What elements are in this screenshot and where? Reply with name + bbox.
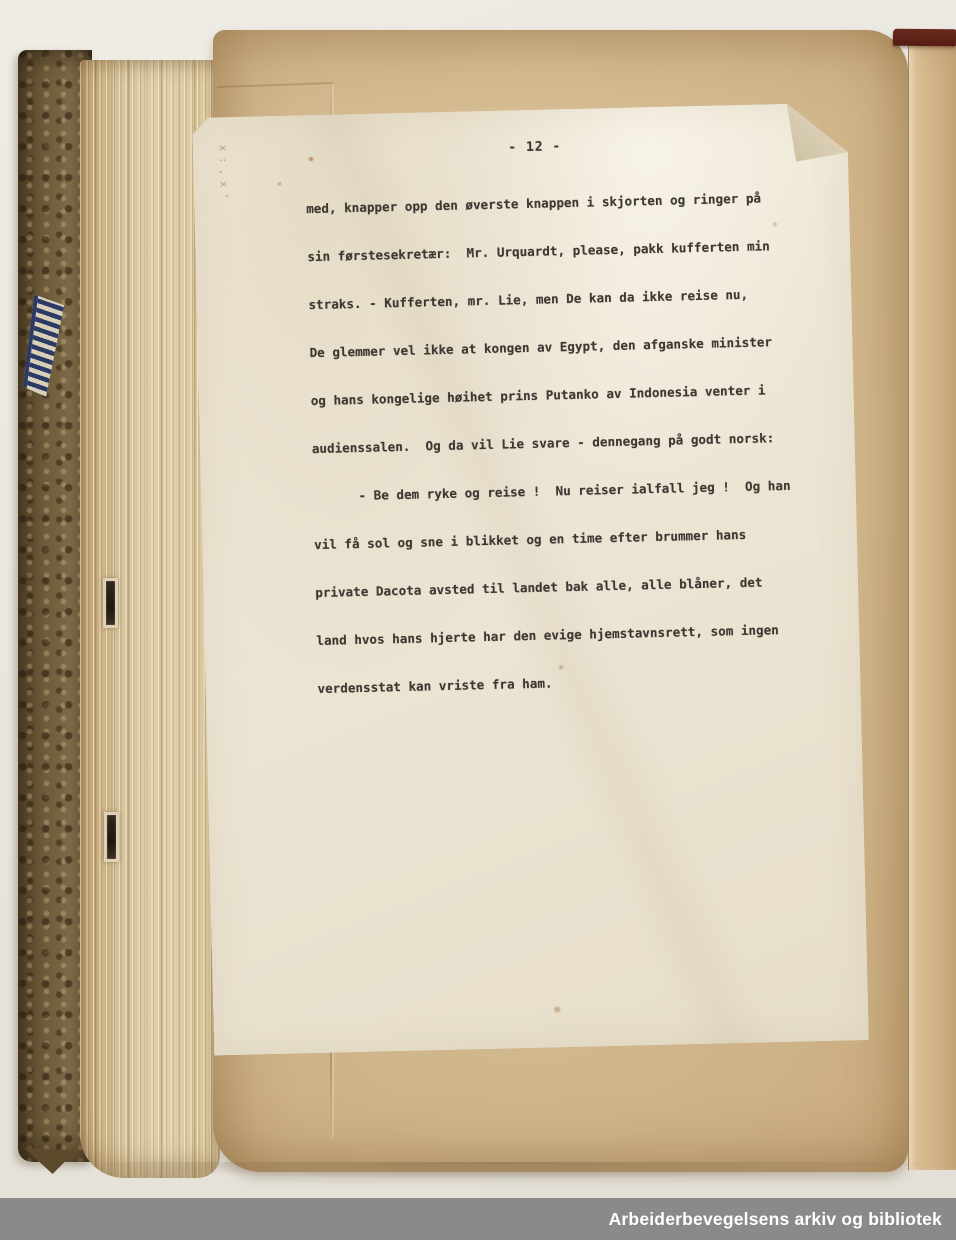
faint-typewriter-marks: x:,x' <box>217 145 232 315</box>
archive-watermark-bar: Arbeiderbevegelsens arkiv og bibliotek <box>0 1198 956 1240</box>
archive-name-label: Arbeiderbevegelsens arkiv og bibliotek <box>609 1209 942 1230</box>
archive-photo-scene: x:,x' - 12 - med, knapper opp den øverst… <box>0 0 956 1240</box>
staple <box>103 578 118 628</box>
typed-text-block: med, knapper opp den øverste knappen i s… <box>306 173 838 713</box>
page-number: - 12 - <box>305 134 765 160</box>
book-cover-top-edge <box>893 29 956 47</box>
album-page-fold-edge <box>908 30 956 1170</box>
under-page-top-edge <box>217 82 333 88</box>
book-shadow <box>70 1162 920 1178</box>
typewritten-page: x:,x' - 12 - med, knapper opp den øverst… <box>192 102 869 1055</box>
staple <box>104 812 119 862</box>
